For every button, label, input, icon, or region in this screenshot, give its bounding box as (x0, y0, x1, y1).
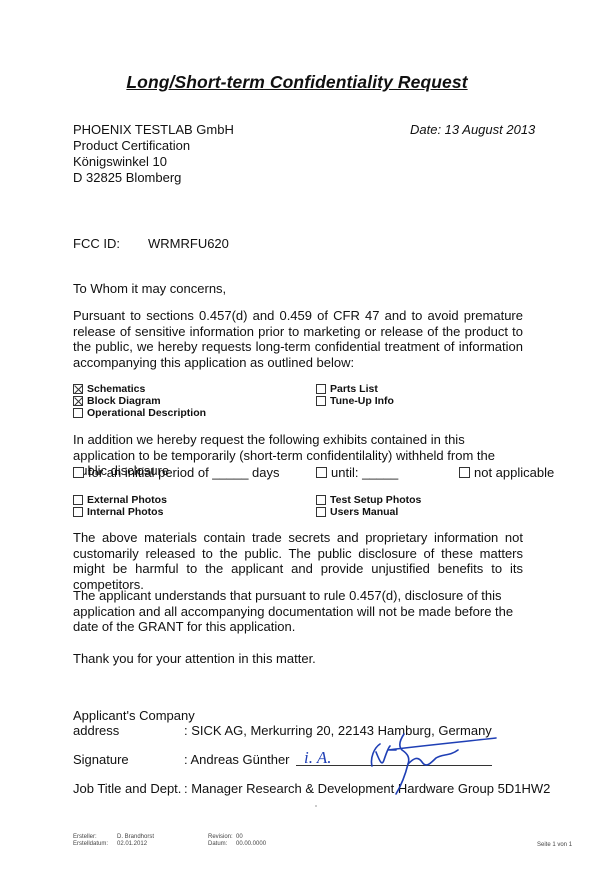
checkbox-icon[interactable] (73, 495, 83, 505)
checkbox-label: Tune-Up Info (330, 395, 394, 407)
long-term-items-right: Parts List Tune-Up Info (316, 383, 394, 407)
checkbox-item-tune-up-info[interactable]: Tune-Up Info (316, 395, 394, 407)
period-option-label: not applicable (474, 465, 554, 480)
checkbox-label: Operational Description (87, 407, 206, 419)
recipient-line: Königswinkel 10 (73, 154, 234, 170)
signature-label: Signature (73, 752, 129, 767)
creator-value: D. Brandhorst (117, 834, 154, 841)
checkbox-icon[interactable] (73, 384, 83, 394)
checkbox-label: Users Manual (330, 506, 398, 518)
checkbox-label: Parts List (330, 383, 378, 395)
checkbox-icon[interactable] (73, 507, 83, 517)
document-date: Date: 13 August 2013 (410, 122, 535, 138)
period-option-label: until: _____ (331, 465, 398, 480)
creator-label: Ersteller: (73, 834, 108, 841)
checkbox-label: External Photos (87, 494, 167, 506)
long-term-items-left: Schematics Block Diagram Operational Des… (73, 383, 206, 419)
applicant-company-label: Applicant's Company (73, 708, 195, 723)
address-label: address (73, 723, 119, 738)
grant-paragraph: The applicant understands that pursuant … (73, 588, 523, 635)
page-number: Seite 1 von 1 (537, 842, 572, 849)
created-date-label: Erstelldatum: (73, 841, 108, 848)
document-title: Long/Short-term Confidentiality Request (0, 72, 594, 93)
job-title-label: Job Title and Dept. (73, 781, 181, 796)
checkbox-item-block-diagram[interactable]: Block Diagram (73, 395, 206, 407)
checkbox-icon[interactable] (73, 408, 83, 418)
trade-secrets-paragraph: The above materials contain trade secret… (73, 530, 523, 592)
checkbox-item-internal-photos[interactable]: Internal Photos (73, 506, 167, 518)
checkbox-label: Block Diagram (87, 395, 161, 407)
greeting: To Whom it may concerns, (73, 281, 226, 297)
checkbox-item-external-photos[interactable]: External Photos (73, 494, 167, 506)
date-value: 00.00.0000 (236, 841, 266, 848)
footer-labels-right: Revision: Datum: (208, 834, 233, 848)
handwritten-signature: i. A. (290, 728, 500, 798)
recipient-line: PHOENIX TESTLAB GmbH (73, 122, 234, 138)
revision-value: 00 (236, 834, 266, 841)
svg-text:i. A.: i. A. (304, 748, 332, 767)
checkbox-item-operational-description[interactable]: Operational Description (73, 407, 206, 419)
footer-values-left: D. Brandhorst 02.01.2012 (117, 834, 154, 848)
period-option-initial-period[interactable]: for an initial period of _____ days (73, 464, 280, 480)
checkbox-item-schematics[interactable]: Schematics (73, 383, 206, 395)
short-term-items-right: Test Setup Photos Users Manual (316, 494, 421, 518)
fcc-id-label: FCC ID: (73, 236, 120, 252)
footer-values-right: 00 00.00.0000 (236, 834, 266, 848)
checkbox-icon[interactable] (316, 507, 326, 517)
checkbox-icon[interactable] (316, 467, 327, 478)
fcc-id-value: WRMRFU620 (148, 236, 229, 252)
checkbox-item-test-setup-photos[interactable]: Test Setup Photos (316, 494, 421, 506)
checkbox-item-parts-list[interactable]: Parts List (316, 383, 394, 395)
scan-speck (315, 805, 317, 807)
checkbox-label: Internal Photos (87, 506, 163, 518)
long-term-paragraph: Pursuant to sections 0.457(d) and 0.459 … (73, 308, 523, 370)
revision-label: Revision: (208, 834, 233, 841)
period-option-until[interactable]: until: _____ (316, 464, 398, 480)
checkbox-label: Test Setup Photos (330, 494, 421, 506)
checkbox-icon[interactable] (73, 396, 83, 406)
checkbox-icon[interactable] (73, 467, 84, 478)
period-option-not-applicable[interactable]: not applicable (459, 464, 554, 480)
checkbox-icon[interactable] (316, 396, 326, 406)
period-option-label: for an initial period of _____ days (88, 465, 280, 480)
recipient-address: PHOENIX TESTLAB GmbH Product Certificati… (73, 122, 234, 186)
recipient-line: Product Certification (73, 138, 234, 154)
checkbox-icon[interactable] (459, 467, 470, 478)
footer-labels-left: Ersteller: Erstelldatum: (73, 834, 108, 848)
checkbox-icon[interactable] (316, 384, 326, 394)
recipient-line: D 32825 Blomberg (73, 170, 234, 186)
checkbox-label: Schematics (87, 383, 145, 395)
created-date-value: 02.01.2012 (117, 841, 154, 848)
date-label: Datum: (208, 841, 233, 848)
checkbox-icon[interactable] (316, 495, 326, 505)
checkbox-item-users-manual[interactable]: Users Manual (316, 506, 421, 518)
thanks-paragraph: Thank you for your attention in this mat… (73, 651, 523, 667)
short-term-items-left: External Photos Internal Photos (73, 494, 167, 518)
signature-name: : Andreas Günther (184, 752, 290, 767)
